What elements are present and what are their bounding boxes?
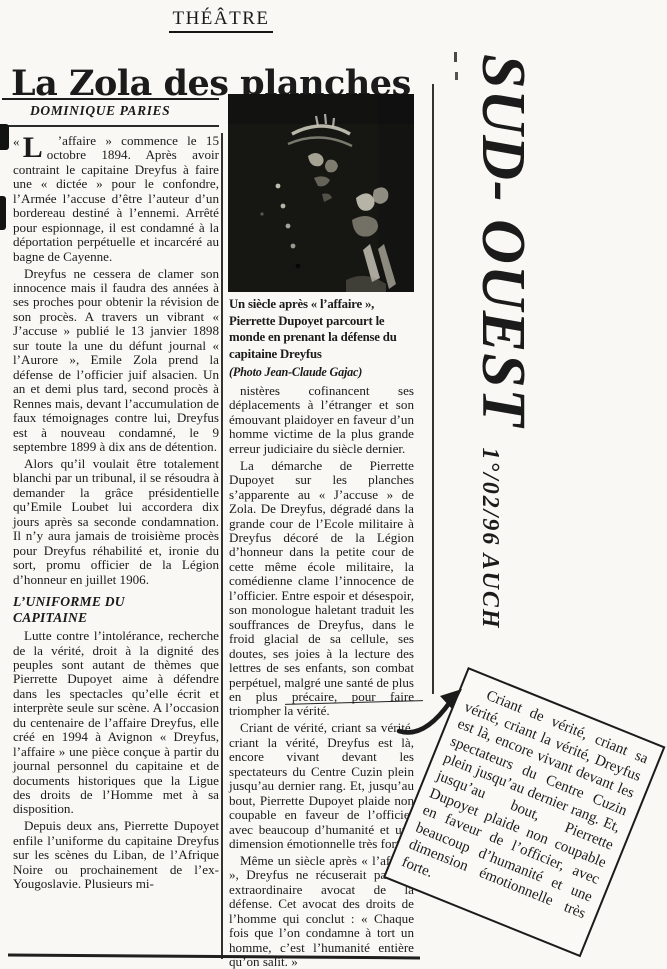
hand-drawn-arrow-icon (396, 686, 468, 742)
dropcap: « L (13, 135, 43, 160)
open-guillemet: « (13, 134, 23, 149)
column-divider-rule (221, 133, 223, 959)
article-column-2: nistères cofinancent ses déplacements à … (229, 384, 414, 969)
right-column-rule (432, 84, 434, 694)
photo-caption: Un siècle après « l’affaire », Pierrette… (229, 296, 415, 362)
section-label-wrap: THÉÂTRE (0, 8, 442, 33)
photo-caption-block: Un siècle après « l’affaire », Pierrette… (229, 296, 415, 381)
masthead-title: SUD- OUEST (469, 54, 537, 427)
article-paragraph: nistères cofinancent ses déplacements à … (229, 384, 414, 456)
article-paragraph: Dreyfus ne cessera de clamer son innocen… (13, 267, 219, 455)
article-paragraph: Lutte contre l’intolérance, recherche de… (13, 629, 219, 817)
scan-smudge (0, 124, 9, 150)
article-column-1: « L’affaire » commence le 15 octobre 189… (13, 134, 219, 894)
dreyfus-photo (228, 94, 414, 292)
subhead: L’UNIFORME DU CAPITAINE (13, 594, 163, 625)
article-paragraph: Alors qu’il voulait être totalement blan… (13, 457, 219, 587)
article-paragraph: La démarche de Pierrette Dupoyet sur les… (229, 459, 414, 719)
byline: DOMINIQUE PARIES (30, 103, 170, 119)
paragraph-text: ’affaire » commence le 15 octobre 1894. … (13, 133, 219, 264)
byline-rule-top (2, 98, 219, 100)
section-label: THÉÂTRE (169, 8, 272, 33)
scan-smudge (0, 196, 6, 230)
dreyfus-photo-image (228, 94, 414, 292)
byline-rule-bottom (2, 125, 219, 127)
dropcap-letter: L (23, 131, 43, 164)
newspaper-article-scan: THÉÂTRE La Zola des planches DOMINIQUE P… (0, 0, 667, 969)
article-paragraph: Depuis deux ans, Pierrette Dupoyet enfil… (13, 819, 219, 891)
article-paragraph: « L’affaire » commence le 15 octobre 189… (13, 134, 219, 264)
photo-credit: (Photo Jean-Claude Gajac) (229, 364, 415, 381)
masthead-edition: 1°/02/96 AUCH (477, 447, 503, 629)
article-paragraph: Criant de vérité, criant sa vérité, cria… (229, 721, 414, 851)
masthead: SUD- OUEST 1°/02/96 AUCH (453, 54, 553, 614)
